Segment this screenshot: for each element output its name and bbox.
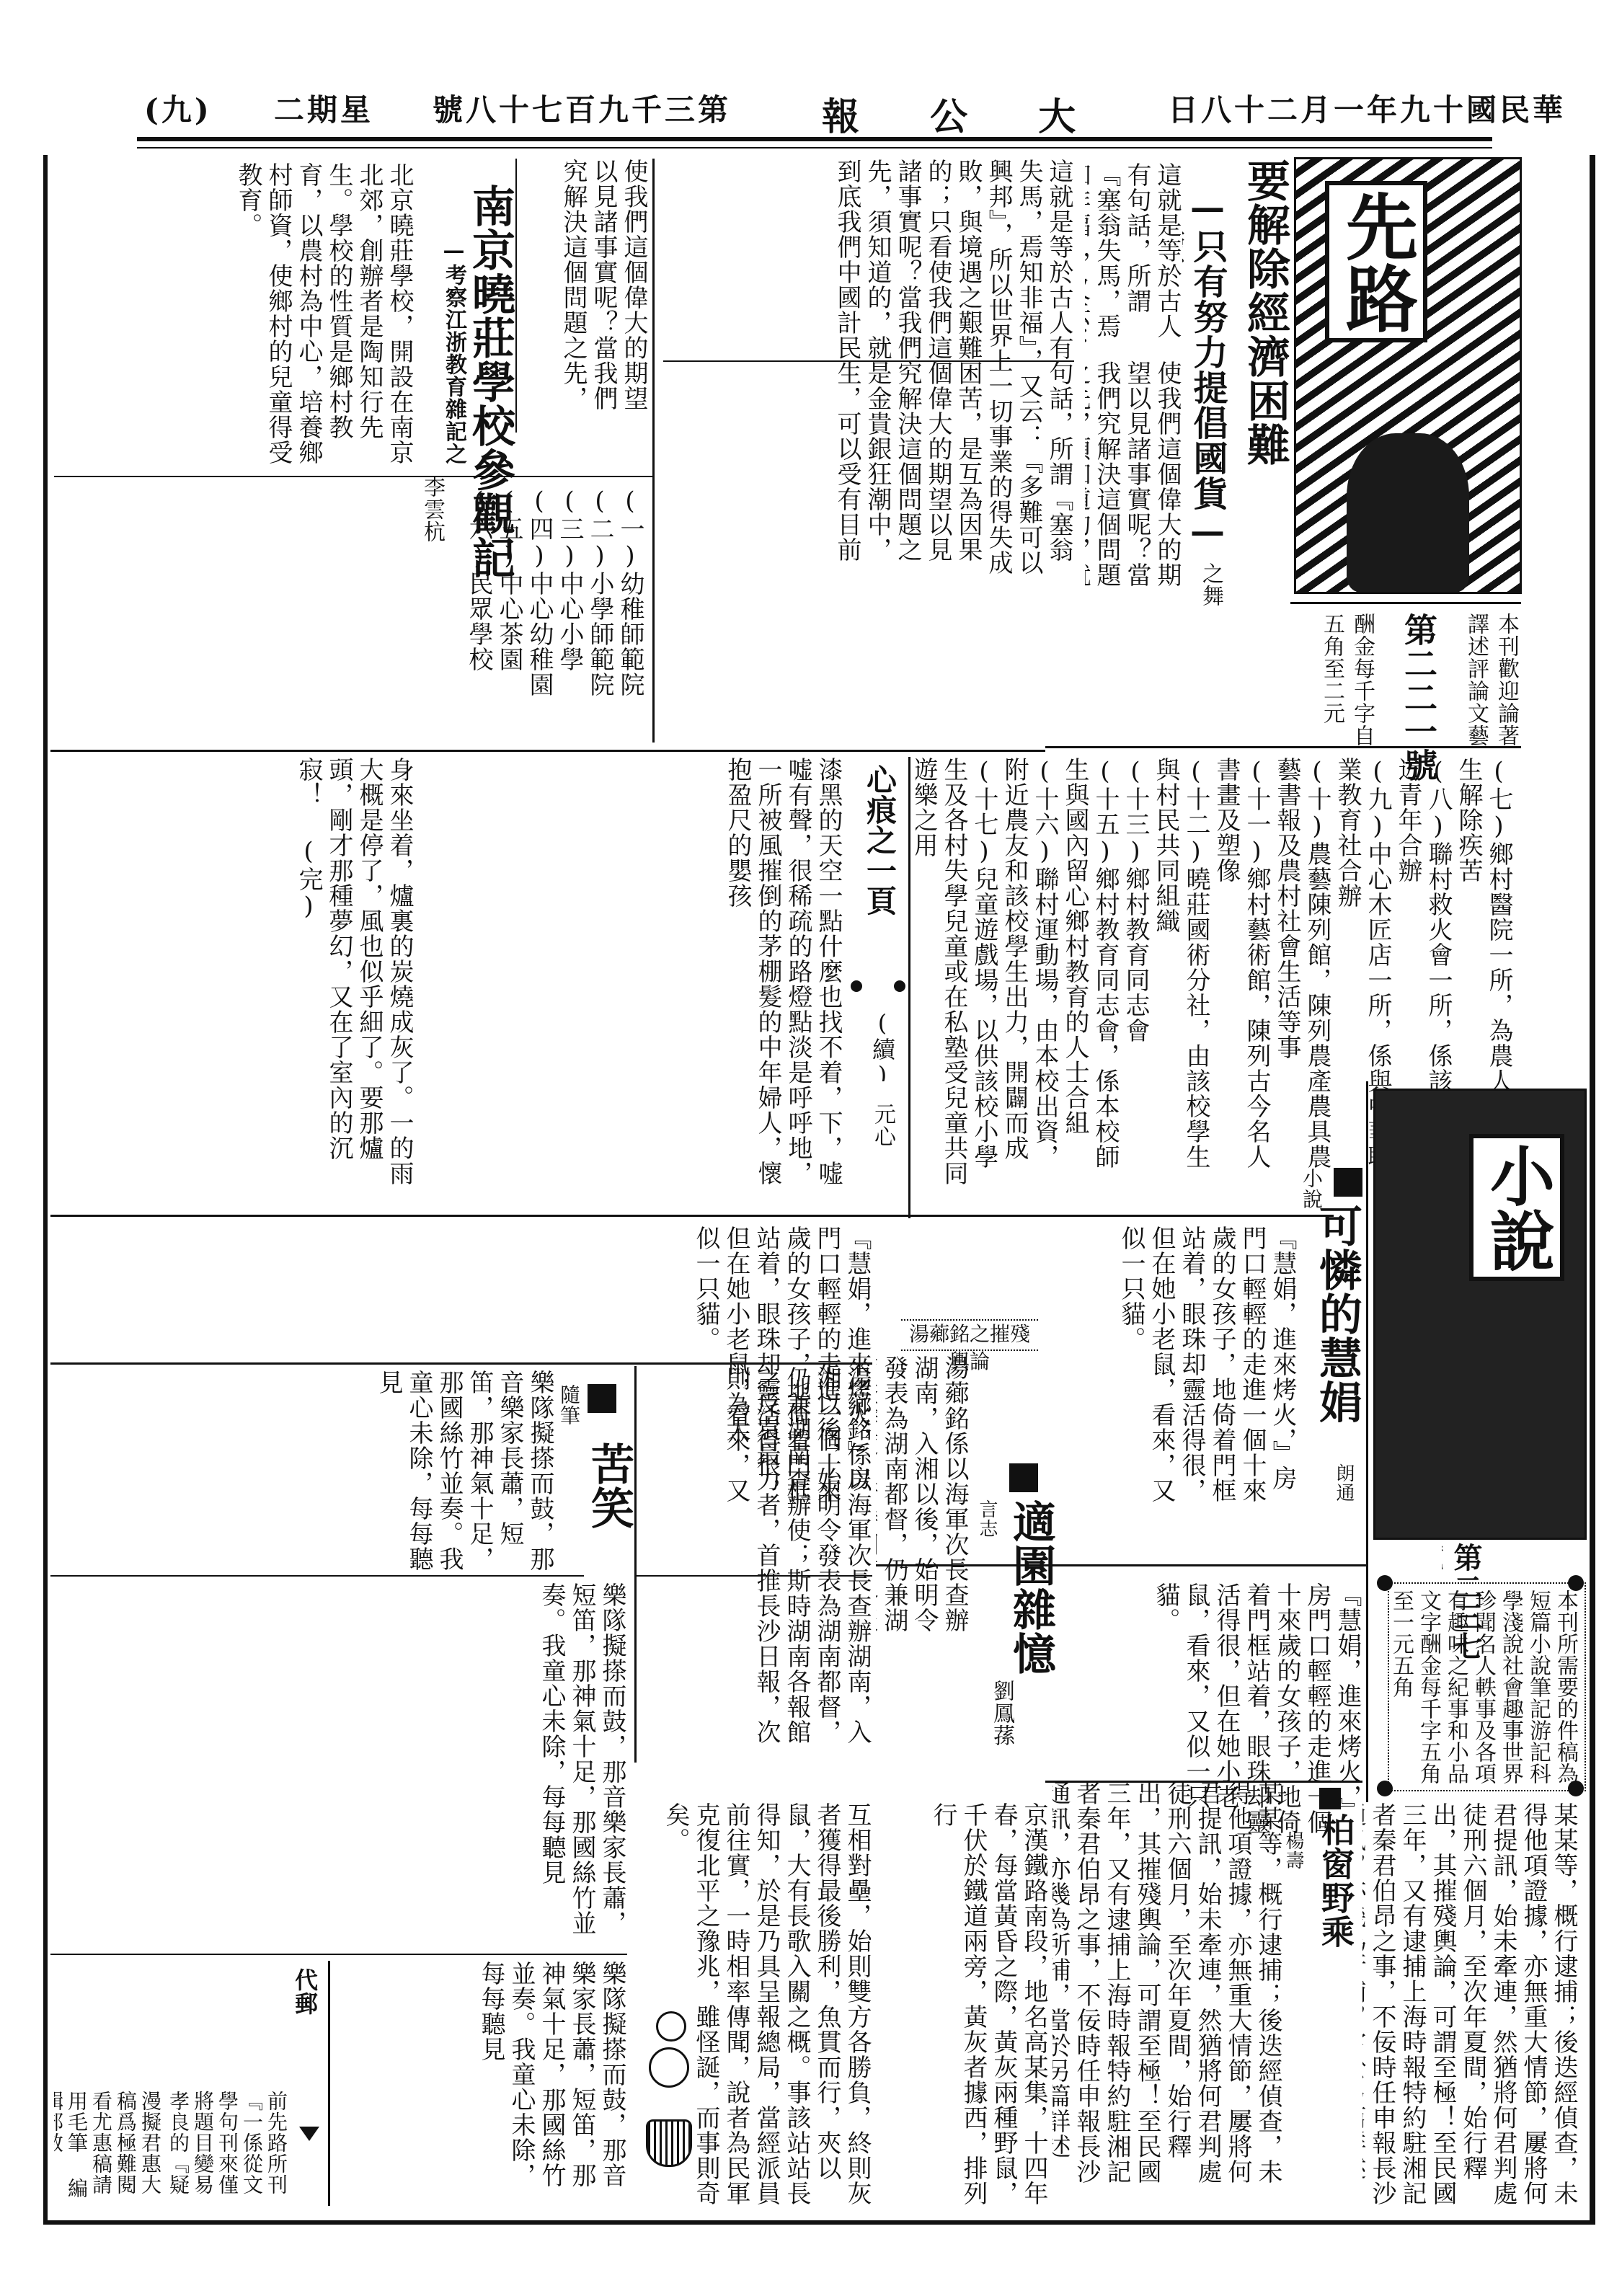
article-title-xinhen: 心痕之一頁 [854,764,901,988]
article-subtitle-nanjing: —考察江浙教育雜記之一— [440,238,469,476]
article-body-baisheng: 某某等，概行逮捕；後迭經偵查，未得他項證據，亦無重大情節，屢將何君提訊，始未牽連… [1052,1781,1283,2199]
weekday: 二期星 [274,87,373,130]
section-label-essay: 隨筆 [555,1384,584,1471]
masthead-rule [137,137,1492,141]
horse-rider-illustration [1347,433,1469,592]
article-subtitle-economy: —只有努力提倡國貨—(續) [1182,187,1229,591]
article-body-rats-end: 互相對壘，始則雙方各勝負，終則灰者獲得最後勝利，魚貫而行，夾以鼠，大有長歌入關之… [663,1802,872,2206]
column-rule [634,1366,637,1763]
supplement-logo: 先路 [1325,181,1427,342]
article-body-economy-mid: 使我們這個偉大的期望以見諸事實呢？當我們究解決這個問題之先，須知道的，就是金貴銀… [1085,360,1182,591]
triangle-marker-icon [299,2127,319,2141]
divider [1045,746,1521,748]
list-item: (五)中心茶園 [495,487,523,672]
page-number: (九) [144,87,212,130]
flower-vase-ornament [642,2011,692,2170]
list-item: (十)農藝陳列館，陳列農產農具農藝書報及農村社會生活等事 [1272,757,1331,1169]
article-body-economy-cont: 這就是等於古人有句話，所謂『塞翁失馬，焉知非福』，又云：『多難可以興邦』，所以世… [663,159,1074,577]
article-body-mail: 前先路所刊『一係從文學句刊來僅將題目變易孝良的『疑一中附小的國納暴發有據此自失人… [166,2091,288,2206]
page-frame-right [1590,155,1595,2224]
article-body-rats: 京漢鐵路南段，地名高某集，十四年春，每當黃昏之際，黃灰兩種野鼠，千伏於鐵道兩旁，… [876,1802,1049,2206]
article-body-nanjing: 北京曉莊學校，開設在南京北郊，創辦者是陶知行先生。學校的性質是鄉村教育，以農村為… [54,162,415,479]
masthead: (九) 二期星 號八十七百九千三第 報 公 大 日八十二月一年九十國民華 [144,87,1485,130]
article-tag-shiyuan: 言志 [973,1499,1002,1557]
list-item: (十三)鄉村教育同志會 [1121,757,1150,1043]
article-body-xinhen: 漆黑的天空一點什麼也找不着，下，嘘嘘有聲，很稀疏的路燈點淡是呼呼地，一所被風摧倒… [425,757,843,1204]
list-item: (三)中心小學 [555,487,584,672]
article-body-kuxiao: 樂隊擬搽而鼓，那音樂家長蕭，短笛，那神氣十足，那國絲竹並奏。我童心未除，每每聽見 [50,1370,555,1579]
article-author-economy: 之舞 [1197,562,1226,620]
article-title-huijuan: 可憐的慧娟 [1312,1204,1362,1463]
divider [663,360,1074,362]
sub-article-title-box: 湯薌銘之摧殘輿論 [901,1319,1038,1351]
supplement-banner-image: 先路 [1294,157,1522,594]
novel-submission-notice: 本刊所需要的件稿為短篇小說筆記游記科學淺說社會趣事世界珍聞名人軼事及各項有趣味之… [1388,1582,1586,1791]
article-title-kuxiao: 苦笑 [584,1442,634,1586]
article-mail-signature: 漫擬君惠大稿爲極難閱看尤惠稿請用毛筆 編輯部啟 [54,2091,162,2206]
masthead-rule-thin [137,147,1492,149]
article-author-xinhen: 元心 [869,1103,898,1175]
section-box-icon [1009,1463,1038,1492]
list-item: (六)民眾學校 [464,487,493,672]
list-item: (二)小學師範院 [585,487,614,697]
list-item: (一)幼稚師範院 [616,487,644,697]
column-rule [515,159,517,433]
article-body-economy-end: 使我們這個偉大的期望以見諸事實呢？當我們究解決這個問題之先，須知道的，就是金貴銀… [559,159,649,433]
article-title-economy: 要解除經濟困難 [1236,159,1290,591]
article-author-shiyuan: 劉鳳蓀 [988,1680,1016,1773]
page-frame-bottom [43,2220,1595,2225]
divider [634,1575,872,1577]
article-body-kuxiao-end: 樂隊擬搽而鼓，那音樂家長蕭，短笛，那神氣十足，那國絲竹並奏。我童心未除，每每聽見 [339,1961,627,2206]
divider [50,1575,584,1577]
publish-date: 日八十二月一年九十國民華 [1168,87,1566,130]
ornament-dot [851,980,862,992]
issue-number: 號八十七百九千三第 [433,87,731,130]
divider [50,1362,872,1365]
ornament-dot [1377,1575,1393,1591]
call-line-2: 譯述評論文藝 [1463,613,1489,747]
section-box-icon [588,1384,616,1413]
article-body-dream: 身來坐着，爐裏的炭燒成灰了。一的雨大概是停了，風也似乎細了。要那爐頭，剛才那種夢… [54,757,415,1204]
continued-mark: (續) [869,1009,898,1081]
article-body-baisheng-cont: 某某等，概行逮捕；後迭經偵查，未得他項證據，亦無重大情節，屢將何君提訊，始未牽連… [1362,1802,1579,2206]
divider [50,750,1045,752]
column-rule [652,159,655,743]
novel-section-logo: 小說 [1469,1134,1564,1281]
section-box-icon [1334,1168,1362,1197]
list-item: (十七)兒童遊戲場，以供該校小學生及各村失學兒童或在私塾受兒童共同遊樂之用 [916,757,998,1186]
ornament-dot [1377,1781,1393,1796]
body-text: 身來坐着，爐裏的炭燒成灰了。一的雨大概是停了，風也似乎細了。要那爐頭，剛才那種夢… [294,757,414,1186]
article-body-economy-top: 這就是等於古人有句話，所謂『塞翁失馬，焉知非福』，又云：『多難可以興邦』，所以世… [1085,162,1182,357]
divider [50,1954,627,1955]
nanjing-item-list: (一)幼稚師範院 (二)小學師範院 (三)中心小學 (四)中心幼稚園 (五)中心… [54,487,645,732]
section-box-icon [1319,1788,1341,1809]
article-author-baisheng: 楊壽 [1283,1831,1308,1932]
list-item: (十五)鄉村教育同志會，係本校師生與國內留心鄉村教育的人士合組 [1060,757,1120,1169]
column-rule [908,757,910,1218]
article-body-kuxiao-cont: 樂隊擬搽而鼓，那音樂家長蕭，短笛，那神氣十足，那國絲竹並奏。我童心未除，每每聽見 [50,1582,627,1957]
divider [1290,602,1521,604]
column-rule [328,1961,330,2206]
novel-section-illustration: 小說 [1373,1089,1587,1540]
paper-name: 報 公 大 [822,87,1104,141]
column-rule [1366,1081,1368,1802]
article-title-mail: 代郵 [296,1968,324,2112]
page-frame-left [43,155,48,2224]
article-title-baisheng: 柏窗野乘 [1312,1813,1355,1979]
list-item: (十六)聯村運動場，由本校出資，附近農友和該校學生出力，開闢而成 [1000,757,1059,1169]
end-mark: (完) [294,837,323,921]
fee-line-2: 五角至二元 [1319,613,1344,724]
call-line-1: 本刊歡迎論著 [1494,613,1519,747]
divider [50,1215,1334,1217]
list-item: (十二)曉莊國術分社，由該校學生與村民共同組織 [1151,757,1210,1169]
ornament-dot [1568,1575,1584,1591]
ornament-dot [894,980,905,992]
list-item: (十一)鄉村藝術館，陳列古今名人書畫及塑像 [1212,757,1271,1169]
ornament-dot [1568,1781,1584,1796]
fee-line-1: 酬金每千字自 [1350,613,1375,747]
list-item: (四)中心幼稚園 [525,487,554,697]
article-author-huijuan: 朗通 [1330,1463,1359,1521]
article-body-shiyuan-cont: 湯薌銘係以海軍次長查辦湖南，入湘以後，始明令發表為湖南都督，仍兼湖南查辦使；斯時… [634,1366,872,1748]
divider [54,476,652,477]
article-body-shiyuan: 湯薌銘係以海軍次長查辦湖南，入湘以後，始明令發表為湖南都督，仍兼湖南查辦使；斯時… [876,1355,970,1644]
